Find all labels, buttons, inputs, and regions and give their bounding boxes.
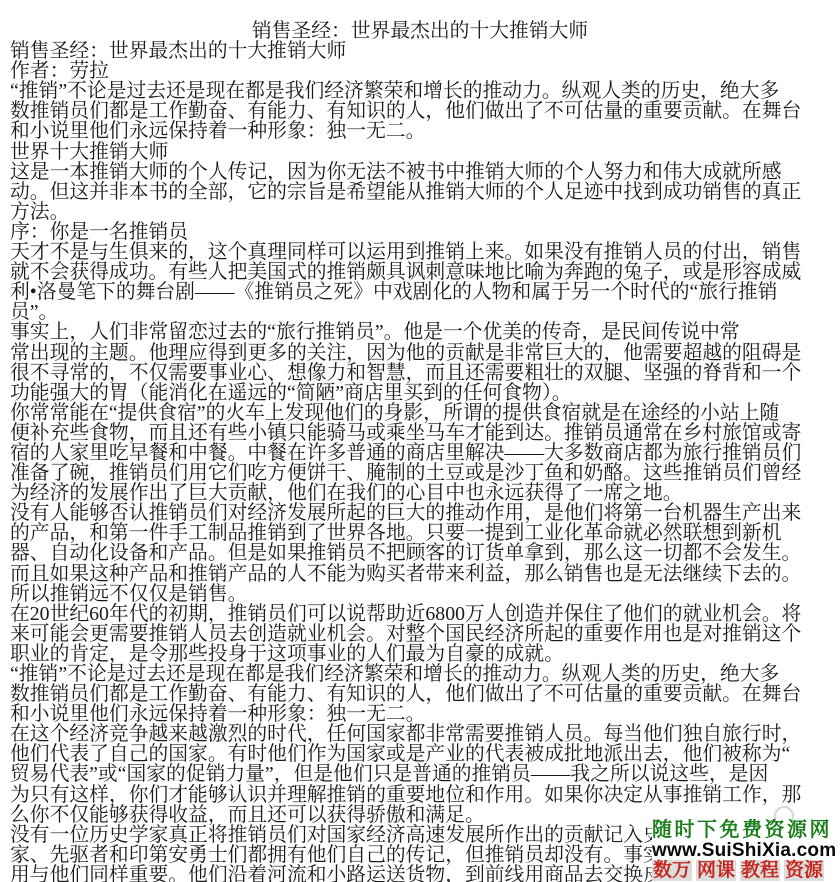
text-line: 为只有这样，你们才能够认识并理解推销的重要地位和作用。如果你决定从事推销工作，那 [0,785,840,805]
text-line: 为经济的发展作出了巨大贡献，他们在我们的心目中也永远获得了一席之地。 [0,483,840,503]
text-line: 方法。 [0,202,840,222]
document-body: 销售圣经：世界最杰出的十大推销大师作者：劳拉“推销”不论是过去还是现在都是我们经… [0,41,840,882]
text-line: 贸易代表”或“国家的促销力量”，但是他们只是普通的推销员——我之所以说这些，是因 [0,764,840,784]
text-line: 员”。 [0,302,840,322]
text-line: 作者：劳拉 [0,61,840,81]
text-line: 销售圣经：世界最杰出的十大推销大师 [0,41,840,61]
document-title: 销售圣经：世界最杰出的十大推销大师 [0,21,840,41]
text-line: 数推销员们都是工作勤奋、有能力、有知识的人，他们做出了不可估量的重要贡献。在舞台 [0,101,840,121]
text-line: 就不会获得成功。有些人把美国式的推销颇具讽刺意味地比喻为奔跑的兔子，或是形容成威 [0,262,840,282]
text-line: 器、自动化设备和产品。但是如果推销员不把顾客的订货单拿到，那么这一切都不会发生。 [0,543,840,563]
text-line: 和小说里他们永远保持着一种形象：独一无二。 [0,121,840,141]
watermark-tagline-word: 网课 [696,860,736,881]
watermark-tagline-word: 数万 [652,860,692,881]
text-line: 数推销员们都是工作勤奋、有能力、有知识的人，他们做出了不可估量的重要贡献。在舞台 [0,684,840,704]
document-page: 销售圣经：世界最杰出的十大推销大师 销售圣经：世界最杰出的十大推销大师作者：劳拉… [0,0,840,882]
text-line: 他们代表了自己的国家。有时他们作为国家或是产业的代表被成批地派出去，他们被称为“ [0,744,840,764]
watermark-tagline: 数万网课教程资源 [652,860,840,881]
text-line: 事实上，人们非常留恋过去的“旅行推销员”。他是一个优美的传奇，是民间传说中常 [0,322,840,342]
watermark-site-name: 随时下免费资源网 [652,819,840,842]
text-line: 你常常能在“提供食宿”的火车上发现他们的身影，所谓的提供食宿就是在途经的小站上随 [0,403,840,423]
text-line: 这是一本推销大师的个人传记，因为你无法不被书中推销大师的个人努力和伟大成就所感 [0,162,840,182]
text-line: 世界十大推销大师 [0,142,840,162]
watermark-url: www.SuiShiXia.com [652,842,840,859]
text-line: 利•洛曼笔下的舞台剧——《推销员之死》中戏剧化的人物和属于另一个时代的“旅行推销 [0,282,840,302]
text-line: 动。但这并非本书的全部，它的宗旨是希望能从推销大师的个人足迹中找到成功销售的真正 [0,182,840,202]
text-line: 功能强大的胃（能消化在遥远的“简陋”商店里买到的任何食物）。 [0,383,840,403]
text-line: 准备了碗，推销员们用它们吃方便饼干、腌制的土豆或是沙丁鱼和奶酪。这些推销员们曾经 [0,463,840,483]
text-line: 常出现的主题。他理应得到更多的关注，因为他的贡献是非常巨大的，他需要超越的阻碍是 [0,343,840,363]
text-line: “推销”不论是过去还是现在都是我们经济繁荣和增长的推动力。纵观人类的历史，绝大多 [0,664,840,684]
watermark-tagline-word: 教程 [740,860,780,881]
text-line: 天才不是与生俱来的，这个真理同样可以运用到推销上来。如果没有推销人员的付出，销售 [0,242,840,262]
text-line: 没有人能够否认推销员们对经济发展所起的巨大的推动作用，是他们将第一台机器生产出来 [0,503,840,523]
text-line: 和小说里他们永远保持着一种形象：独一无二。 [0,704,840,724]
text-line: 的产品，和第一件手工制品推销到了世界各地。只要一提到工业化革命就必然联想到新机 [0,523,840,543]
text-line: 所以推销远不仅仅是销售。 [0,584,840,604]
watermark-tagline-word: 资源 [784,860,824,881]
text-line: 很不寻常的，不仅需要事业心、想像力和智慧，而且还需要粗壮的双腿、坚强的脊背和一个 [0,363,840,383]
text-line: “推销”不论是过去还是现在都是我们经济繁荣和增长的推动力。纵观人类的历史，绝大多 [0,81,840,101]
text-line: 便补充些食物，而且还有些小镇只能骑马或乘坐马车才能到达。推销员通常在乡村旅馆或寄 [0,423,840,443]
text-line: 而且如果这种产品和推销产品的人不能为购买者带来利益，那么销售也是无法继续下去的。 [0,564,840,584]
text-line: 序：你是一名推销员 [0,222,840,242]
watermark: 随时下免费资源网 www.SuiShiXia.com 数万网课教程资源 [652,819,840,882]
text-line: 在这个经济竞争越来越激烈的时代，任何国家都非常需要推销人员。每当他们独自旅行时， [0,724,840,744]
text-line: 职业的肯定，是令那些投身于这项事业的人们最为自豪的成就。 [0,644,840,664]
text-line: 在20世纪60年代的初期，推销员们可以说帮助近6800万人创造并保住了他们的就业… [0,604,840,624]
text-line: 来可能会更需要推销人员去创造就业机会。对整个国民经济所起的重要作用也是对推销这个 [0,624,840,644]
text-line: 宿的人家里吃早餐和中餐。中餐在许多普通的商店里解决——大多数商店都为旅行推销员们 [0,443,840,463]
